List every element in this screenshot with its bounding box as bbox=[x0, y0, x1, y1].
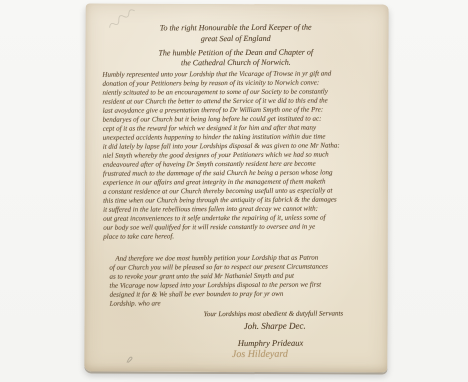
ink-layer: To the right Honourable the Lord Keeper … bbox=[84, 3, 389, 373]
manuscript-line: place to take care hereof. bbox=[103, 231, 375, 241]
address-line: great Seal of England bbox=[84, 32, 387, 45]
photo-background: To the right Honourable the Lord Keeper … bbox=[0, 0, 468, 382]
closing-line: Your Lordships most obedient & dutyfull … bbox=[204, 309, 376, 318]
body-paragraph-1: Humbly represented unto your Lordship th… bbox=[102, 69, 375, 241]
address-heading: To the right Honourable the Lord Keeper … bbox=[84, 21, 387, 45]
body-paragraph-2: And therefore we doe most humbly petitio… bbox=[109, 253, 373, 308]
manuscript-paper: To the right Honourable the Lord Keeper … bbox=[84, 3, 388, 372]
title-line: the Cathedral Church of Norwich. bbox=[84, 57, 387, 69]
petition-title: The humble Petition of the Dean and Chap… bbox=[84, 47, 387, 69]
signature-humphrey-prideaux: Humphry Prideaux bbox=[238, 338, 303, 348]
signature-john-sharpe: Joh. Sharpe Dec. bbox=[244, 321, 306, 331]
pencil-mark-icon bbox=[124, 353, 136, 371]
manuscript-line: Lordship. who are bbox=[110, 298, 374, 308]
signature-hildeyard-faded: Jos Hildeyard bbox=[232, 349, 288, 360]
